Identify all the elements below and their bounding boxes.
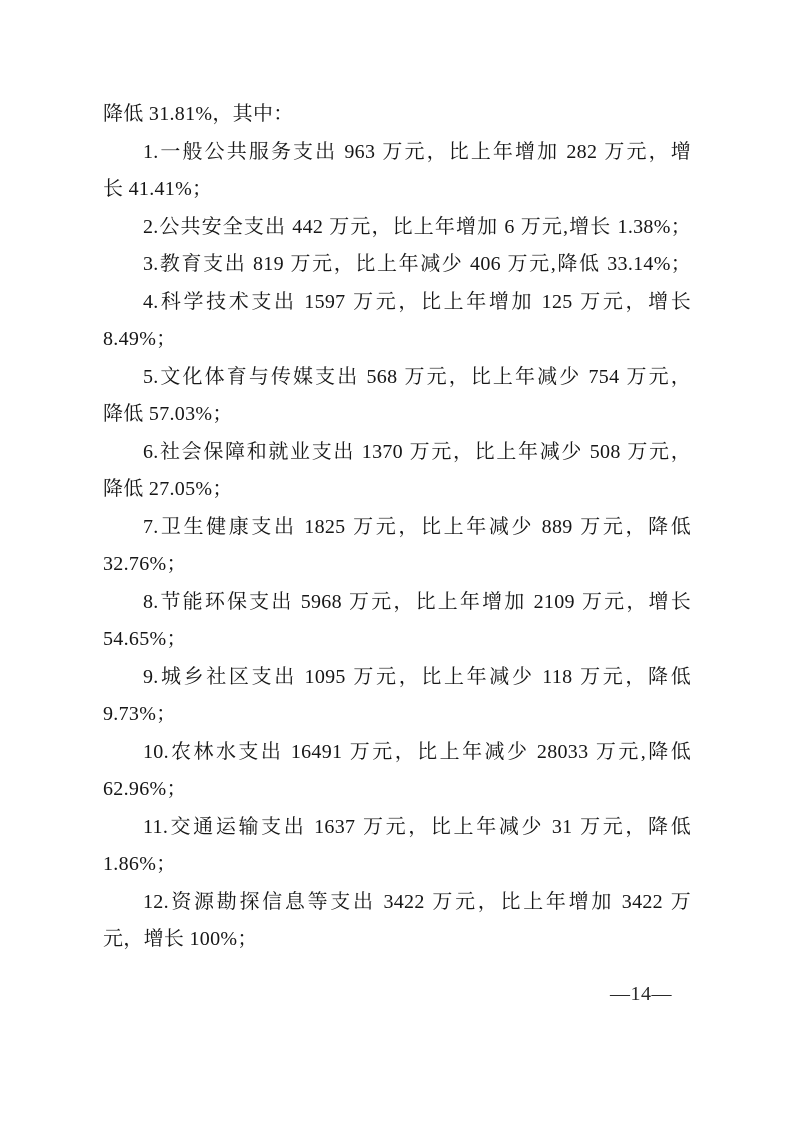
body-line: 2.公共安全支出 442 万元，比上年增加 6 万元,增长 1.38%； — [103, 209, 691, 247]
body-line: 7.卫生健康支出 1825 万元，比上年减少 889 万元，降低 — [103, 509, 691, 547]
body-line: 3.教育支出 819 万元，比上年减少 406 万元,降低 33.14%； — [103, 246, 691, 284]
body-line: 8.49%； — [103, 321, 691, 359]
body-line: 62.96%； — [103, 771, 691, 809]
body-line: 6.社会保障和就业支出 1370 万元，比上年减少 508 万元， — [103, 434, 691, 472]
body-line: 元，增长 100%； — [103, 921, 691, 959]
body-line: 12.资源勘探信息等支出 3422 万元，比上年增加 3422 万 — [103, 884, 691, 922]
page-number: —14— — [608, 982, 674, 1006]
body-line: 9.73%； — [103, 696, 691, 734]
body-line: 11.交通运输支出 1637 万元，比上年减少 31 万元，降低 — [103, 809, 691, 847]
body-line: 1.一般公共服务支出 963 万元，比上年增加 282 万元，增 — [103, 134, 691, 172]
document-body: 降低 31.81%，其中： 1.一般公共服务支出 963 万元，比上年增加 28… — [103, 96, 691, 959]
body-line: 32.76%； — [103, 546, 691, 584]
body-line: 54.65%； — [103, 621, 691, 659]
body-line: 10.农林水支出 16491 万元，比上年减少 28033 万元,降低 — [103, 734, 691, 772]
body-line: 1.86%； — [103, 846, 691, 884]
body-line: 9.城乡社区支出 1095 万元，比上年减少 118 万元，降低 — [103, 659, 691, 697]
body-line: 5.文化体育与传媒支出 568 万元，比上年减少 754 万元， — [103, 359, 691, 397]
body-line: 降低 27.05%； — [103, 471, 691, 509]
body-line: 4.科学技术支出 1597 万元，比上年增加 125 万元，增长 — [103, 284, 691, 322]
body-line: 8.节能环保支出 5968 万元，比上年增加 2109 万元，增长 — [103, 584, 691, 622]
body-line: 降低 57.03%； — [103, 396, 691, 434]
body-line: 降低 31.81%，其中： — [103, 96, 691, 134]
document-page: 降低 31.81%，其中： 1.一般公共服务支出 963 万元，比上年增加 28… — [0, 0, 793, 1122]
body-line: 长 41.41%； — [103, 171, 691, 209]
